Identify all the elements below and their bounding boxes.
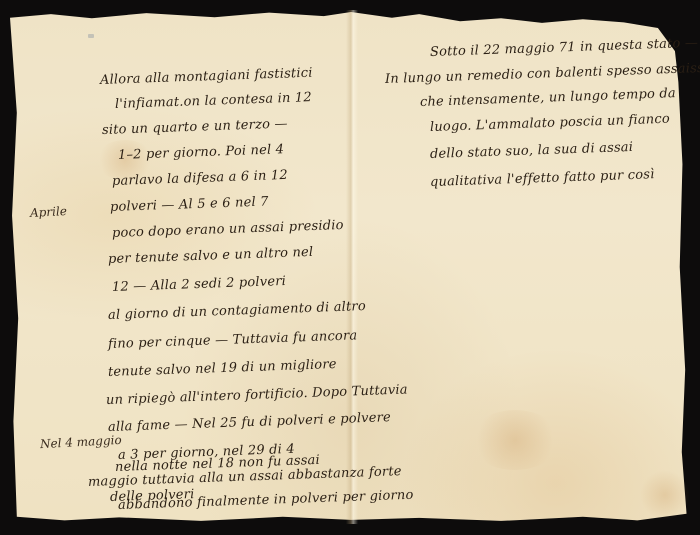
stain bbox=[640, 470, 690, 520]
ink-speck bbox=[88, 34, 94, 38]
margin-note-date: Aprile bbox=[30, 204, 68, 220]
text-line: tenute salvo nel 19 di un migliore bbox=[108, 357, 337, 380]
text-line: poco dopo erano un assai presidio bbox=[112, 218, 344, 241]
text-line: In lungo un remedio con balenti spesso a… bbox=[385, 59, 700, 87]
text-line: Allora alla montagiani fastistici bbox=[100, 66, 313, 88]
text-line: dello stato suo, la sua di assai bbox=[430, 140, 634, 162]
text-line: 1–2 per giorno. Poi nel 4 bbox=[118, 142, 285, 163]
text-line: l'infiamat.on la contesa in 12 bbox=[115, 90, 312, 112]
stain bbox=[470, 410, 560, 470]
right-page: Sotto il 22 maggio 71 in questa stato — … bbox=[375, 40, 685, 240]
text-line: Sotto il 22 maggio 71 in questa stato — bbox=[430, 36, 699, 60]
text-line: 12 — Alla 2 sedi 2 polveri bbox=[112, 274, 287, 295]
text-line: delle polveri bbox=[110, 487, 195, 505]
text-line: fino per cinque — Tuttavia fu ancora bbox=[108, 328, 358, 352]
text-line: alla fame — Nel 25 fu di polveri e polve… bbox=[108, 410, 391, 435]
text-line: polveri — Al 5 e 6 nel 7 bbox=[110, 194, 269, 215]
text-line: qualitativa l'effetto fatto pur così bbox=[430, 167, 655, 190]
text-line: parlavo la difesa a 6 in 12 bbox=[112, 168, 288, 189]
text-line: per tenute salvo e un altro nel bbox=[108, 245, 314, 267]
text-line: al giorno di un contagiamento di altro bbox=[108, 299, 366, 323]
text-line: che intensamente, un lungo tempo da bbox=[420, 86, 676, 110]
text-line: sito un quarto e un terzo — bbox=[102, 117, 288, 138]
text-line: luogo. L'ammalato poscia un fianco bbox=[430, 112, 670, 135]
